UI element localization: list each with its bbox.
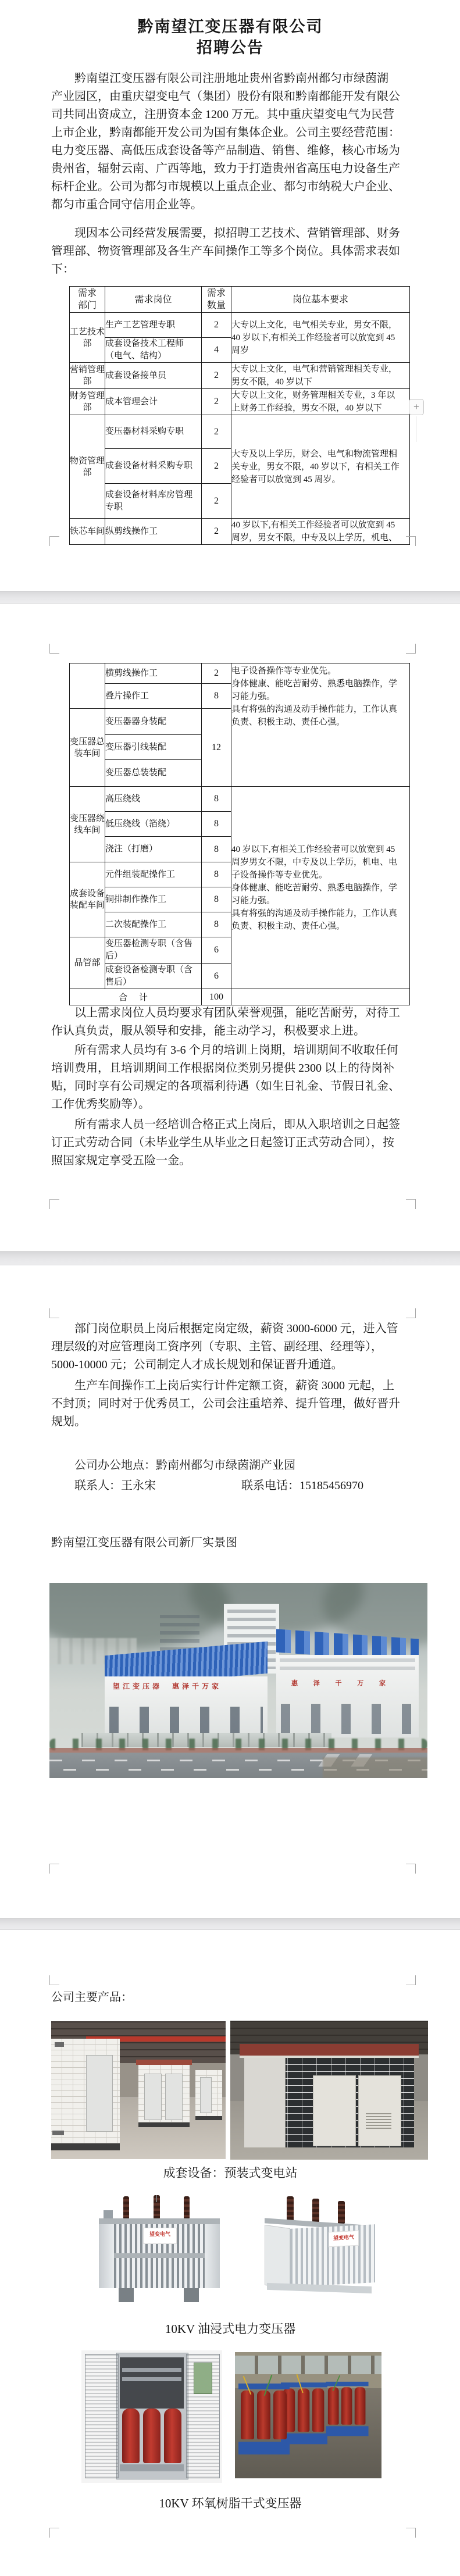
cell-job: 横剪线操作工	[105, 663, 202, 684]
bushing	[338, 2201, 345, 2224]
dark-brick-accent	[52, 2131, 64, 2135]
tank-side	[205, 2224, 220, 2288]
mid-beam	[114, 2253, 205, 2258]
cell-job: 变压器检测专职（含售 后）	[105, 937, 202, 964]
cell-job: 成套设备材料采购专职	[105, 449, 202, 484]
cell-dept-continuation	[70, 663, 105, 709]
cell-dept: 物资管理部	[70, 415, 105, 519]
cell-dept: 铁芯车间	[70, 519, 105, 545]
cell-job: 成本管理会计	[105, 389, 202, 415]
prefab-substation-workshop-photo	[51, 2021, 226, 2159]
dry-transformer-cabinet-photo	[81, 2350, 222, 2483]
contact-phone: 联系电话：15185456970	[241, 1477, 409, 1495]
tank-side	[265, 2225, 290, 2289]
cell-job: 成套设备技术工程师 （电气、结构）	[105, 338, 202, 363]
cell-req: 大专以上文化，电气和营销管理相关专业， 男女不限，40 岁以下	[231, 363, 410, 389]
tank-side	[99, 2224, 114, 2288]
doc-title-line1: 黔南望江变压器有限公司	[51, 14, 409, 37]
bushing	[123, 2196, 129, 2220]
substation-door	[144, 2074, 162, 2120]
plinth	[51, 2143, 120, 2150]
table-row: 营销管理部 成套设备接单员 2 大专以上文化，电气和营销管理相关专业， 男女不限…	[70, 363, 410, 389]
cell-total-label: 合 计	[70, 989, 202, 1005]
cell-job: 铜排制作操作工	[105, 887, 202, 912]
intro-paragraph: 黔南望江变压器有限公司注册地址贵州省黔南州都匀市绿茵湖 产业园区，由重庆望变电气…	[51, 70, 409, 214]
cell-count: 8	[202, 787, 231, 812]
terminal-rod	[156, 2195, 157, 2202]
cell-count: 6	[202, 964, 231, 989]
page3-top-right-mark	[406, 1308, 416, 1318]
base-skid	[267, 2283, 372, 2293]
cell-count: 4	[202, 338, 231, 363]
substation-box-mid	[138, 2064, 190, 2127]
products-heading: 公司主要产品：	[51, 1989, 409, 2006]
page1-bottom-left-mark	[49, 536, 59, 546]
table-row: 铁芯车间 纵剪线操作工 2 40 岁以下,有相关工作经验者可以放宽到 45 周岁…	[70, 519, 410, 545]
door-louver	[366, 2113, 391, 2129]
cell-empty	[231, 989, 410, 1005]
demand-table-page2: 横剪线操作工 2 电子设备操作等专业优先。 身体健康、能吃苦耐劳、熟悉电脑操作，…	[69, 663, 410, 1005]
cell-req: 大专以上文化，财务管理相关专业，3 年以 上财务工作经验，男女不限，40 岁以下	[231, 389, 410, 415]
cell-job: 变压器总装装配	[105, 760, 202, 787]
office-address: 公司办公地点：黔南州都匀市绿茵湖产业园	[51, 1457, 409, 1475]
bushing	[287, 2196, 294, 2223]
recruit-paragraph: 现因本公司经营发展需要，拟招聘工艺技术、营销管理部、财务 管理部、物资管理部及各…	[51, 224, 409, 279]
cell-count: 6	[202, 937, 231, 964]
training-note: 所有需求人员均有 3-6 个月的培训上岗期，培训期间不收取任何 培训费用，且培训…	[51, 1041, 409, 1114]
page4-bottom-right-mark	[406, 2528, 416, 2538]
cell-req: 电子设备操作等专业优先。 身体健康、能吃苦耐劳、熟悉电脑操作，学 习能力强。 具…	[231, 663, 410, 787]
document-viewer: 黔南望江变压器有限公司 招聘公告 黔南望江变压器有限公司注册地址贵州省黔南州都匀…	[0, 0, 460, 2576]
conservator-box	[104, 2210, 113, 2218]
cell-count: 2	[202, 449, 231, 484]
cabinet-door-left	[85, 2354, 119, 2478]
substation-door	[358, 2075, 401, 2146]
substation-door	[165, 2074, 183, 2120]
oil-transformer-front-photo: 望变电气	[81, 2195, 237, 2311]
substation-roof	[240, 2044, 419, 2058]
page3-bottom-right-mark	[406, 1864, 416, 1874]
substation-door	[313, 2075, 356, 2146]
workshop-facade: 望江变压器 惠泽千万家	[105, 1676, 268, 1737]
dry-transformer-trio-photo	[235, 2352, 381, 2478]
red-coil	[341, 2387, 352, 2425]
red-coil	[328, 2387, 339, 2425]
page2-bottom-right-mark	[406, 1199, 416, 1209]
header-job: 需求岗位	[105, 287, 202, 313]
product-caption-oil: 10KV 油浸式电力变压器	[51, 2320, 409, 2338]
red-coil	[355, 2387, 366, 2425]
cell-count: 2	[202, 389, 231, 415]
cell-job: 叠片操作工	[105, 684, 202, 709]
cell-total-count: 100	[202, 989, 231, 1005]
header-dept: 需求 部门	[70, 287, 105, 313]
cell-job: 成套设备接单员	[105, 363, 202, 389]
cell-dept: 成套设备装配车间	[70, 862, 105, 937]
page4-top-left-mark	[49, 1975, 59, 1985]
building-slogan-text: 望江变压器 惠泽千万家	[113, 1681, 222, 1691]
contact-person: 联系人：王永宋	[74, 1477, 237, 1495]
red-bike-lane	[49, 1748, 427, 1753]
red-coil	[312, 2389, 324, 2432]
cell-count: 2	[202, 484, 231, 519]
red-coil	[122, 2409, 140, 2463]
left-workshop-building: 望江变压器 惠泽千万家	[105, 1649, 268, 1737]
page1-bottom-right-mark	[406, 536, 416, 546]
cell-count: 8	[202, 912, 231, 937]
cell-job: 二次装配操作工	[105, 912, 202, 937]
contract-note: 所有需求人员一经培训合格正式上岗后，即从入职培训之日起签 订正式劳动合同（未毕业…	[51, 1116, 409, 1170]
table-row: 变压器绕线车间 高压绕线 8 40 岁以下,有相关工作经验者可以放宽到 45 周…	[70, 787, 410, 812]
cell-dept: 品管部	[70, 937, 105, 989]
scrollbar-track[interactable]	[416, 416, 416, 442]
dry-unit	[326, 2382, 368, 2440]
red-coil	[164, 2409, 181, 2463]
dry-unit	[238, 2384, 290, 2458]
page2-top-right-mark	[406, 644, 416, 654]
cell-job: 纵剪线操作工	[105, 519, 202, 545]
bushing	[312, 2199, 319, 2223]
page3-bottom-left-mark	[49, 1864, 59, 1874]
cell-req: 大专及以上学历，财会、电气和物流管理相 关专业，男女不限，40 岁以下，有相关工…	[231, 415, 410, 519]
red-coil	[273, 2391, 287, 2439]
controller-box	[194, 2363, 212, 2394]
black-substation-unit	[244, 2044, 414, 2147]
plinth	[138, 2122, 190, 2127]
table-row: 工艺技术部 生产工艺管理专职 2 大专以上文化，电气相关专业，男女不限， 40 …	[70, 313, 410, 338]
base-rail	[120, 2464, 184, 2471]
cell-dept: 变压器绕线车间	[70, 787, 105, 862]
cell-dept: 变压器总装车间	[70, 709, 105, 787]
cell-req: 40 岁以下,有相关工作经验者可以放宽到 45 周岁男女不限，中专及以上学历，机…	[231, 787, 410, 989]
cell-job: 成套设备检测专职（含 售后）	[105, 964, 202, 989]
table-row: 横剪线操作工 2 电子设备操作等专业优先。 身体健康、能吃苦耐劳、熟悉电脑操作，…	[70, 663, 410, 684]
header-req: 岗位基本要求	[231, 287, 410, 313]
side-panel	[244, 2058, 286, 2147]
cell-job: 变压器材料采购专职	[105, 415, 202, 449]
dark-brick-accent	[55, 2042, 64, 2047]
blue-base	[326, 2426, 368, 2436]
leg	[119, 2288, 134, 2302]
substation-box-large	[51, 2039, 120, 2150]
brand-text: 望变电气	[333, 2234, 354, 2241]
cabinet-door-right	[186, 2354, 220, 2478]
cell-job: 浇注（打磨）	[105, 837, 202, 862]
product-caption-dry: 10KV 环氧树脂干式变压器	[51, 2495, 409, 2512]
oil-transformer-angle-photo: 望变电气	[259, 2196, 391, 2306]
cell-count: 2	[202, 363, 231, 389]
building-slogan-text: 惠 泽 千 万 家	[291, 1678, 393, 1687]
cell-dept: 营销管理部	[70, 363, 105, 389]
window-band	[235, 2356, 381, 2374]
cell-req: 大专以上文化，电气相关专业，男女不限， 40 岁以下,有相关工作经验者可以放宽到…	[231, 313, 410, 363]
product-caption-substation: 成套设备：预装式变电站	[51, 2164, 409, 2182]
table-total-row: 合 计 100	[70, 989, 410, 1005]
salary-office-note: 部门岗位职员上岗后根据定岗定级，薪资 3000-6000 元，进入管 理层级的对…	[51, 1320, 409, 1374]
right-workshop-building: 惠 泽 千 万 家	[276, 1634, 419, 1737]
substation-box-far	[195, 2070, 222, 2120]
brand-plate: 望变电气	[329, 2231, 359, 2247]
workshop-doors	[281, 1704, 414, 1734]
busbar	[122, 2377, 181, 2381]
cell-count: 8	[202, 812, 231, 837]
add-button[interactable]: +	[409, 399, 424, 415]
cell-count: 12	[202, 709, 231, 787]
page4-top-right-mark	[406, 1975, 416, 1985]
workshop-facade: 惠 泽 千 万 家	[276, 1655, 419, 1737]
substation-door	[86, 2055, 113, 2132]
substation-door	[200, 2077, 212, 2113]
red-coil	[298, 2389, 309, 2432]
cell-count: 2	[202, 663, 231, 684]
page2-top-left-mark	[49, 644, 59, 654]
factory-aerial-photo: 望江变压器 惠泽千万家 惠 泽 千 万 家	[49, 1583, 427, 1778]
table-row: 物资管理部 变压器材料采购专职 2 大专及以上学历，财会、电气和物流管理相 关专…	[70, 415, 410, 449]
table-row: 财务管理部 成本管理会计 2 大专以上文化，财务管理相关专业，3 年以 上财务工…	[70, 389, 410, 415]
demand-table-page1: 需求 部门 需求岗位 需求 数量 岗位基本要求 工艺技术部 生产工艺管理专职 2…	[69, 286, 410, 545]
page-separator	[0, 591, 460, 604]
cell-count: 8	[202, 837, 231, 862]
blue-base	[238, 2442, 290, 2454]
cell-job: 高压绕线	[105, 787, 202, 812]
cell-job: 变压器引线装配	[105, 735, 202, 760]
cell-count: 8	[202, 862, 231, 887]
brand-plate: 望变电气	[143, 2228, 177, 2244]
cell-job: 变压器器身装配	[105, 709, 202, 735]
cell-req: 40 岁以下,有相关工作经验者可以放宽到 45 周岁，男女不限，中专及以上学历，…	[231, 519, 410, 545]
doc-title-line2: 招聘公告	[51, 35, 409, 58]
page-separator	[0, 1251, 460, 1265]
brand-text: 望变电气	[149, 2231, 170, 2237]
page2-bottom-left-mark	[49, 1199, 59, 1209]
cell-count: 2	[202, 415, 231, 449]
cell-count: 2	[202, 519, 231, 545]
page3-top-left-mark	[49, 1308, 59, 1318]
cell-count: 8	[202, 684, 231, 709]
factory-photo-caption: 黔南望江变压器有限公司新厂实景图	[51, 1534, 409, 1551]
cell-count: 2	[202, 313, 231, 338]
top-beam	[326, 2382, 368, 2386]
cell-dept: 工艺技术部	[70, 313, 105, 363]
page-separator	[0, 1918, 460, 1930]
clerestory-windows	[280, 1658, 415, 1674]
cell-job: 成套设备材料库房管理 专职	[105, 484, 202, 519]
red-coil	[241, 2391, 254, 2439]
cell-job: 生产工艺管理专职	[105, 313, 202, 338]
red-roof-edge	[136, 2060, 192, 2065]
plinth	[195, 2116, 222, 2120]
cabinet-interior-top	[120, 2357, 184, 2409]
page4-bottom-left-mark	[49, 2528, 59, 2538]
cell-job: 元件组装配操作工	[105, 862, 202, 887]
top-rail	[99, 2218, 220, 2224]
red-coil	[257, 2391, 270, 2439]
requirement-note: 以上需求岗位人员均要求有团队荣誉观强，能吃苦耐劳，对待工 作认真负责，服从领导和…	[51, 1004, 409, 1040]
header-count: 需求 数量	[202, 287, 231, 313]
leg	[184, 2288, 199, 2302]
busbar	[122, 2368, 181, 2372]
cell-job: 低压绕线（箔绕）	[105, 812, 202, 837]
salary-worker-note: 生产车间操作工上岗后实行计件定额工资，薪资 3000 元起，上 不封顶；同时对于…	[51, 1377, 409, 1431]
bushing	[184, 2196, 190, 2220]
red-coil	[143, 2409, 161, 2463]
workshop-doors	[109, 1707, 263, 1735]
cell-count: 8	[202, 887, 231, 912]
prefab-substation-black-photo	[230, 2021, 428, 2160]
table-header-row: 需求 部门 需求岗位 需求 数量 岗位基本要求	[70, 287, 410, 313]
cell-dept: 财务管理部	[70, 389, 105, 415]
dirt-field	[323, 1757, 427, 1778]
